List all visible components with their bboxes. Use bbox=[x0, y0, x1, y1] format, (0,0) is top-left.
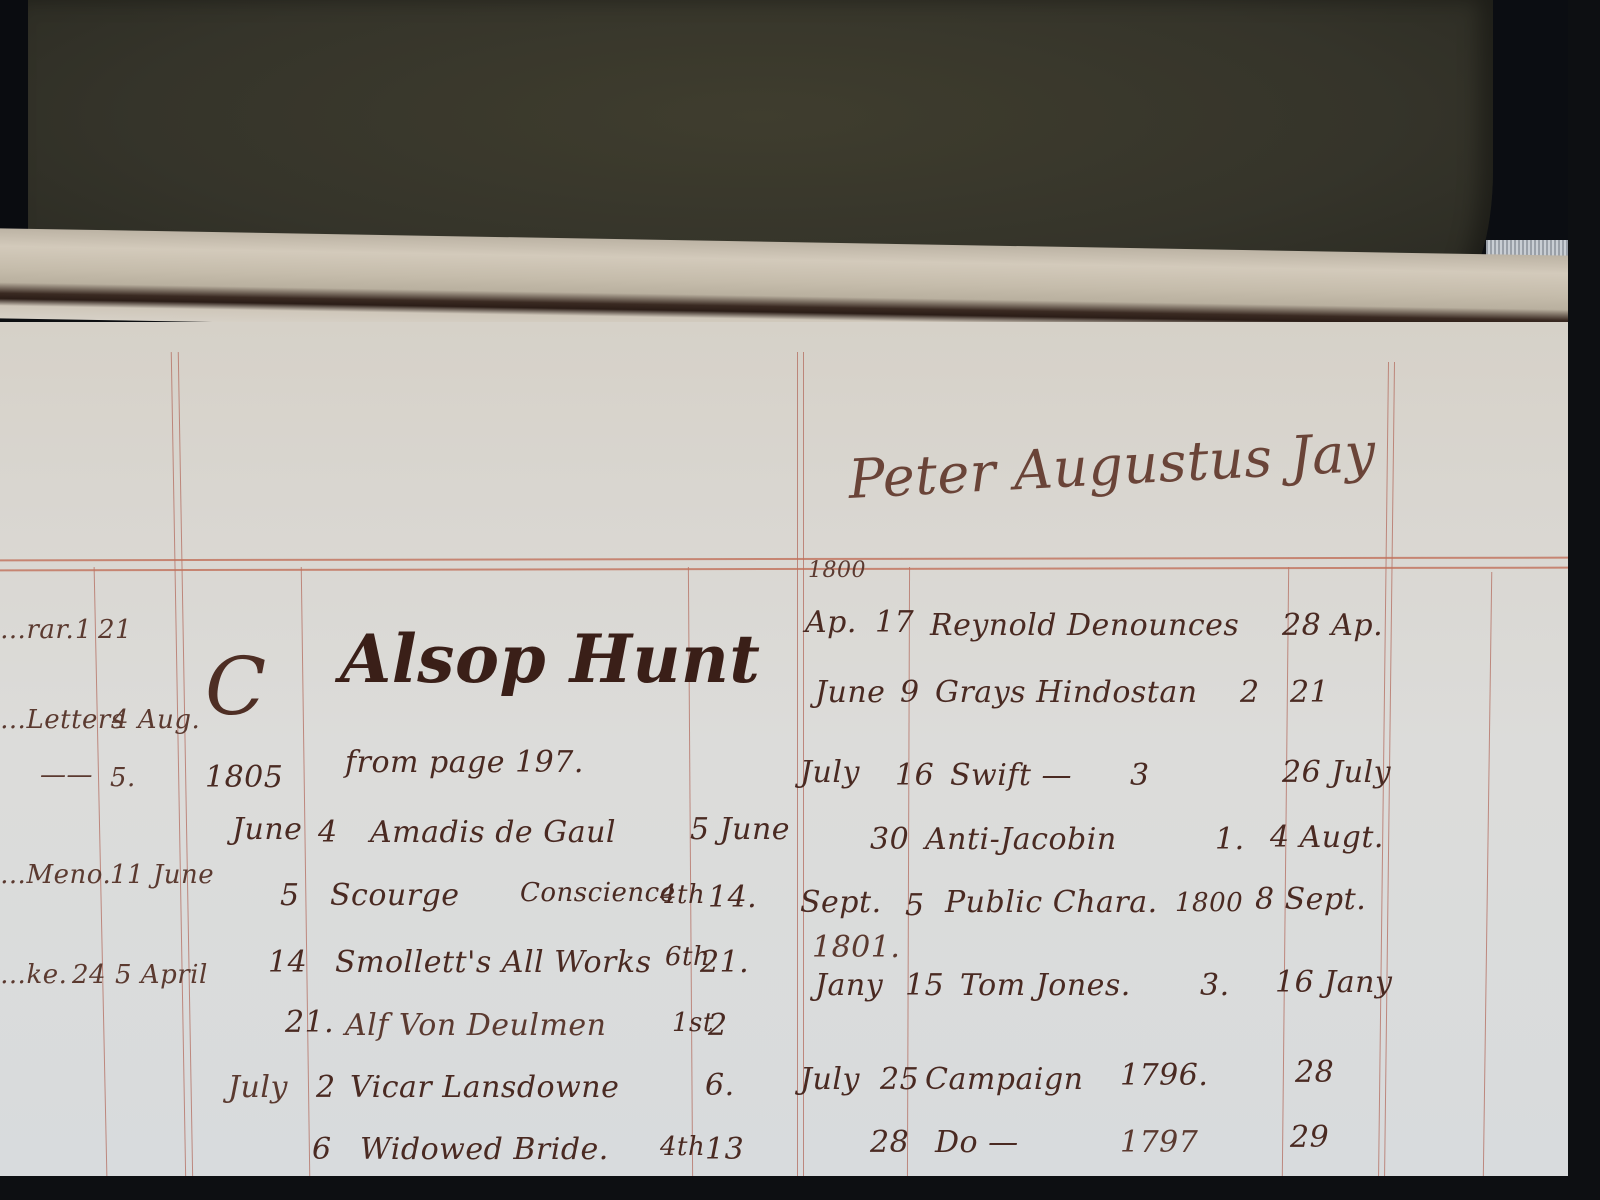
entry-volume: 4th bbox=[660, 880, 705, 910]
year-label: 1800 bbox=[808, 558, 866, 583]
entry-title: Tom Jones. bbox=[960, 968, 1131, 1003]
entry-month: July bbox=[228, 1070, 288, 1105]
entry-volume: 1797 bbox=[1120, 1125, 1198, 1160]
entry-title: Scourge bbox=[330, 878, 460, 913]
entry-month: Ap. bbox=[805, 605, 857, 640]
entry-day: 21. bbox=[285, 1005, 334, 1040]
entry-title: Vicar Lansdowne bbox=[350, 1070, 619, 1105]
entry-return: 16 Jany bbox=[1275, 965, 1392, 1000]
header-rule bbox=[0, 567, 1568, 571]
flourish-initial: C bbox=[205, 640, 267, 733]
entry-volume: 1796. bbox=[1120, 1058, 1208, 1093]
entry-return: 14. bbox=[708, 880, 757, 915]
entry-volume: 1800 bbox=[1175, 888, 1243, 918]
fragment-date: 5 April bbox=[115, 960, 208, 990]
background-left bbox=[0, 0, 30, 230]
entry-month: July bbox=[800, 755, 860, 790]
header-rule bbox=[0, 557, 1568, 561]
fragment-text: …Letters bbox=[0, 705, 125, 735]
fragment-text: …ke. bbox=[0, 960, 67, 990]
entry-day: 14 bbox=[268, 945, 307, 980]
entry-day: 6 bbox=[312, 1132, 332, 1167]
entry-title-2: Conscience bbox=[520, 878, 676, 908]
fragment-date: 5. bbox=[110, 763, 136, 793]
entry-return: 13 bbox=[705, 1132, 744, 1167]
fragment-text: …rar. bbox=[0, 615, 74, 645]
entry-title: Reynold Denounces bbox=[930, 608, 1239, 643]
year-label: 1801. bbox=[812, 930, 900, 965]
entry-return: 28 Ap. bbox=[1282, 608, 1383, 643]
entry-day: 5 bbox=[280, 878, 300, 913]
entry-title: Grays Hindostan bbox=[935, 675, 1198, 710]
account-subtitle: from page 197. bbox=[345, 745, 584, 780]
account-name: Alsop Hunt bbox=[340, 620, 760, 698]
rule-line bbox=[1282, 567, 1289, 1176]
entry-day: 16 bbox=[895, 758, 934, 793]
entry-day: 2 bbox=[316, 1070, 336, 1105]
fragment-date: 4 Aug. bbox=[112, 705, 200, 735]
entry-month: June bbox=[232, 812, 302, 847]
background-right bbox=[1490, 0, 1568, 240]
entry-title: Alf Von Deulmen bbox=[345, 1008, 606, 1043]
entry-return: 28 bbox=[1295, 1055, 1334, 1090]
entry-return: 2 bbox=[708, 1008, 728, 1043]
entry-volume: 4th bbox=[660, 1132, 705, 1162]
fragment-num: 1 bbox=[75, 615, 92, 645]
year-label: 1805 bbox=[205, 760, 283, 795]
entry-day: 17 bbox=[875, 605, 914, 640]
entry-return: 29 bbox=[1290, 1120, 1329, 1155]
entry-title: Do — bbox=[935, 1125, 1019, 1160]
fragment-date: 11 June bbox=[110, 860, 214, 890]
rule-line bbox=[301, 567, 311, 1176]
entry-day: 5 bbox=[905, 888, 925, 923]
fragment-date: 21 bbox=[98, 615, 132, 645]
entry-return: 6. bbox=[705, 1068, 735, 1103]
entry-volume: 1. bbox=[1215, 822, 1245, 857]
entry-day: 15 bbox=[905, 968, 944, 1003]
entry-volume: 2 bbox=[1240, 675, 1260, 710]
entry-volume: 3. bbox=[1200, 968, 1230, 1003]
rule-line bbox=[1483, 572, 1493, 1176]
rule-line bbox=[178, 352, 193, 1176]
entry-month: Jany bbox=[815, 968, 883, 1003]
rule-line bbox=[797, 352, 798, 1176]
entry-month: June bbox=[815, 675, 885, 710]
entry-title: Smollett's All Works bbox=[335, 945, 651, 980]
entry-day: 28 bbox=[870, 1125, 909, 1160]
entry-day: 9 bbox=[900, 675, 920, 710]
fragment-num: 24 bbox=[72, 960, 106, 990]
entry-title: Anti-Jacobin bbox=[925, 822, 1117, 857]
entry-title: Swift — bbox=[950, 758, 1072, 793]
entry-title: Widowed Bride. bbox=[360, 1132, 609, 1167]
entry-day: 30 bbox=[870, 822, 909, 857]
entry-day: 4 bbox=[318, 815, 338, 850]
entry-return: 26 July bbox=[1282, 755, 1391, 790]
entry-month: Sept. bbox=[800, 885, 882, 920]
entry-month: July bbox=[800, 1062, 860, 1097]
entry-return: 8 Sept. bbox=[1255, 882, 1366, 917]
entry-day: 25 bbox=[880, 1062, 919, 1097]
fragment-text: —— bbox=[40, 760, 93, 790]
entry-return: 21. bbox=[700, 945, 749, 980]
rule-line bbox=[171, 352, 186, 1176]
entry-return: 4 Augt. bbox=[1270, 820, 1384, 855]
fragment-text: …Meno. bbox=[0, 860, 111, 890]
entry-return: 5 June bbox=[690, 812, 790, 847]
entry-volume: 3 bbox=[1130, 758, 1150, 793]
entry-title: Amadis de Gaul bbox=[370, 815, 616, 850]
entry-title: Public Chara. bbox=[945, 885, 1158, 920]
entry-title: Campaign bbox=[925, 1062, 1084, 1097]
entry-return: 21 bbox=[1290, 675, 1329, 710]
